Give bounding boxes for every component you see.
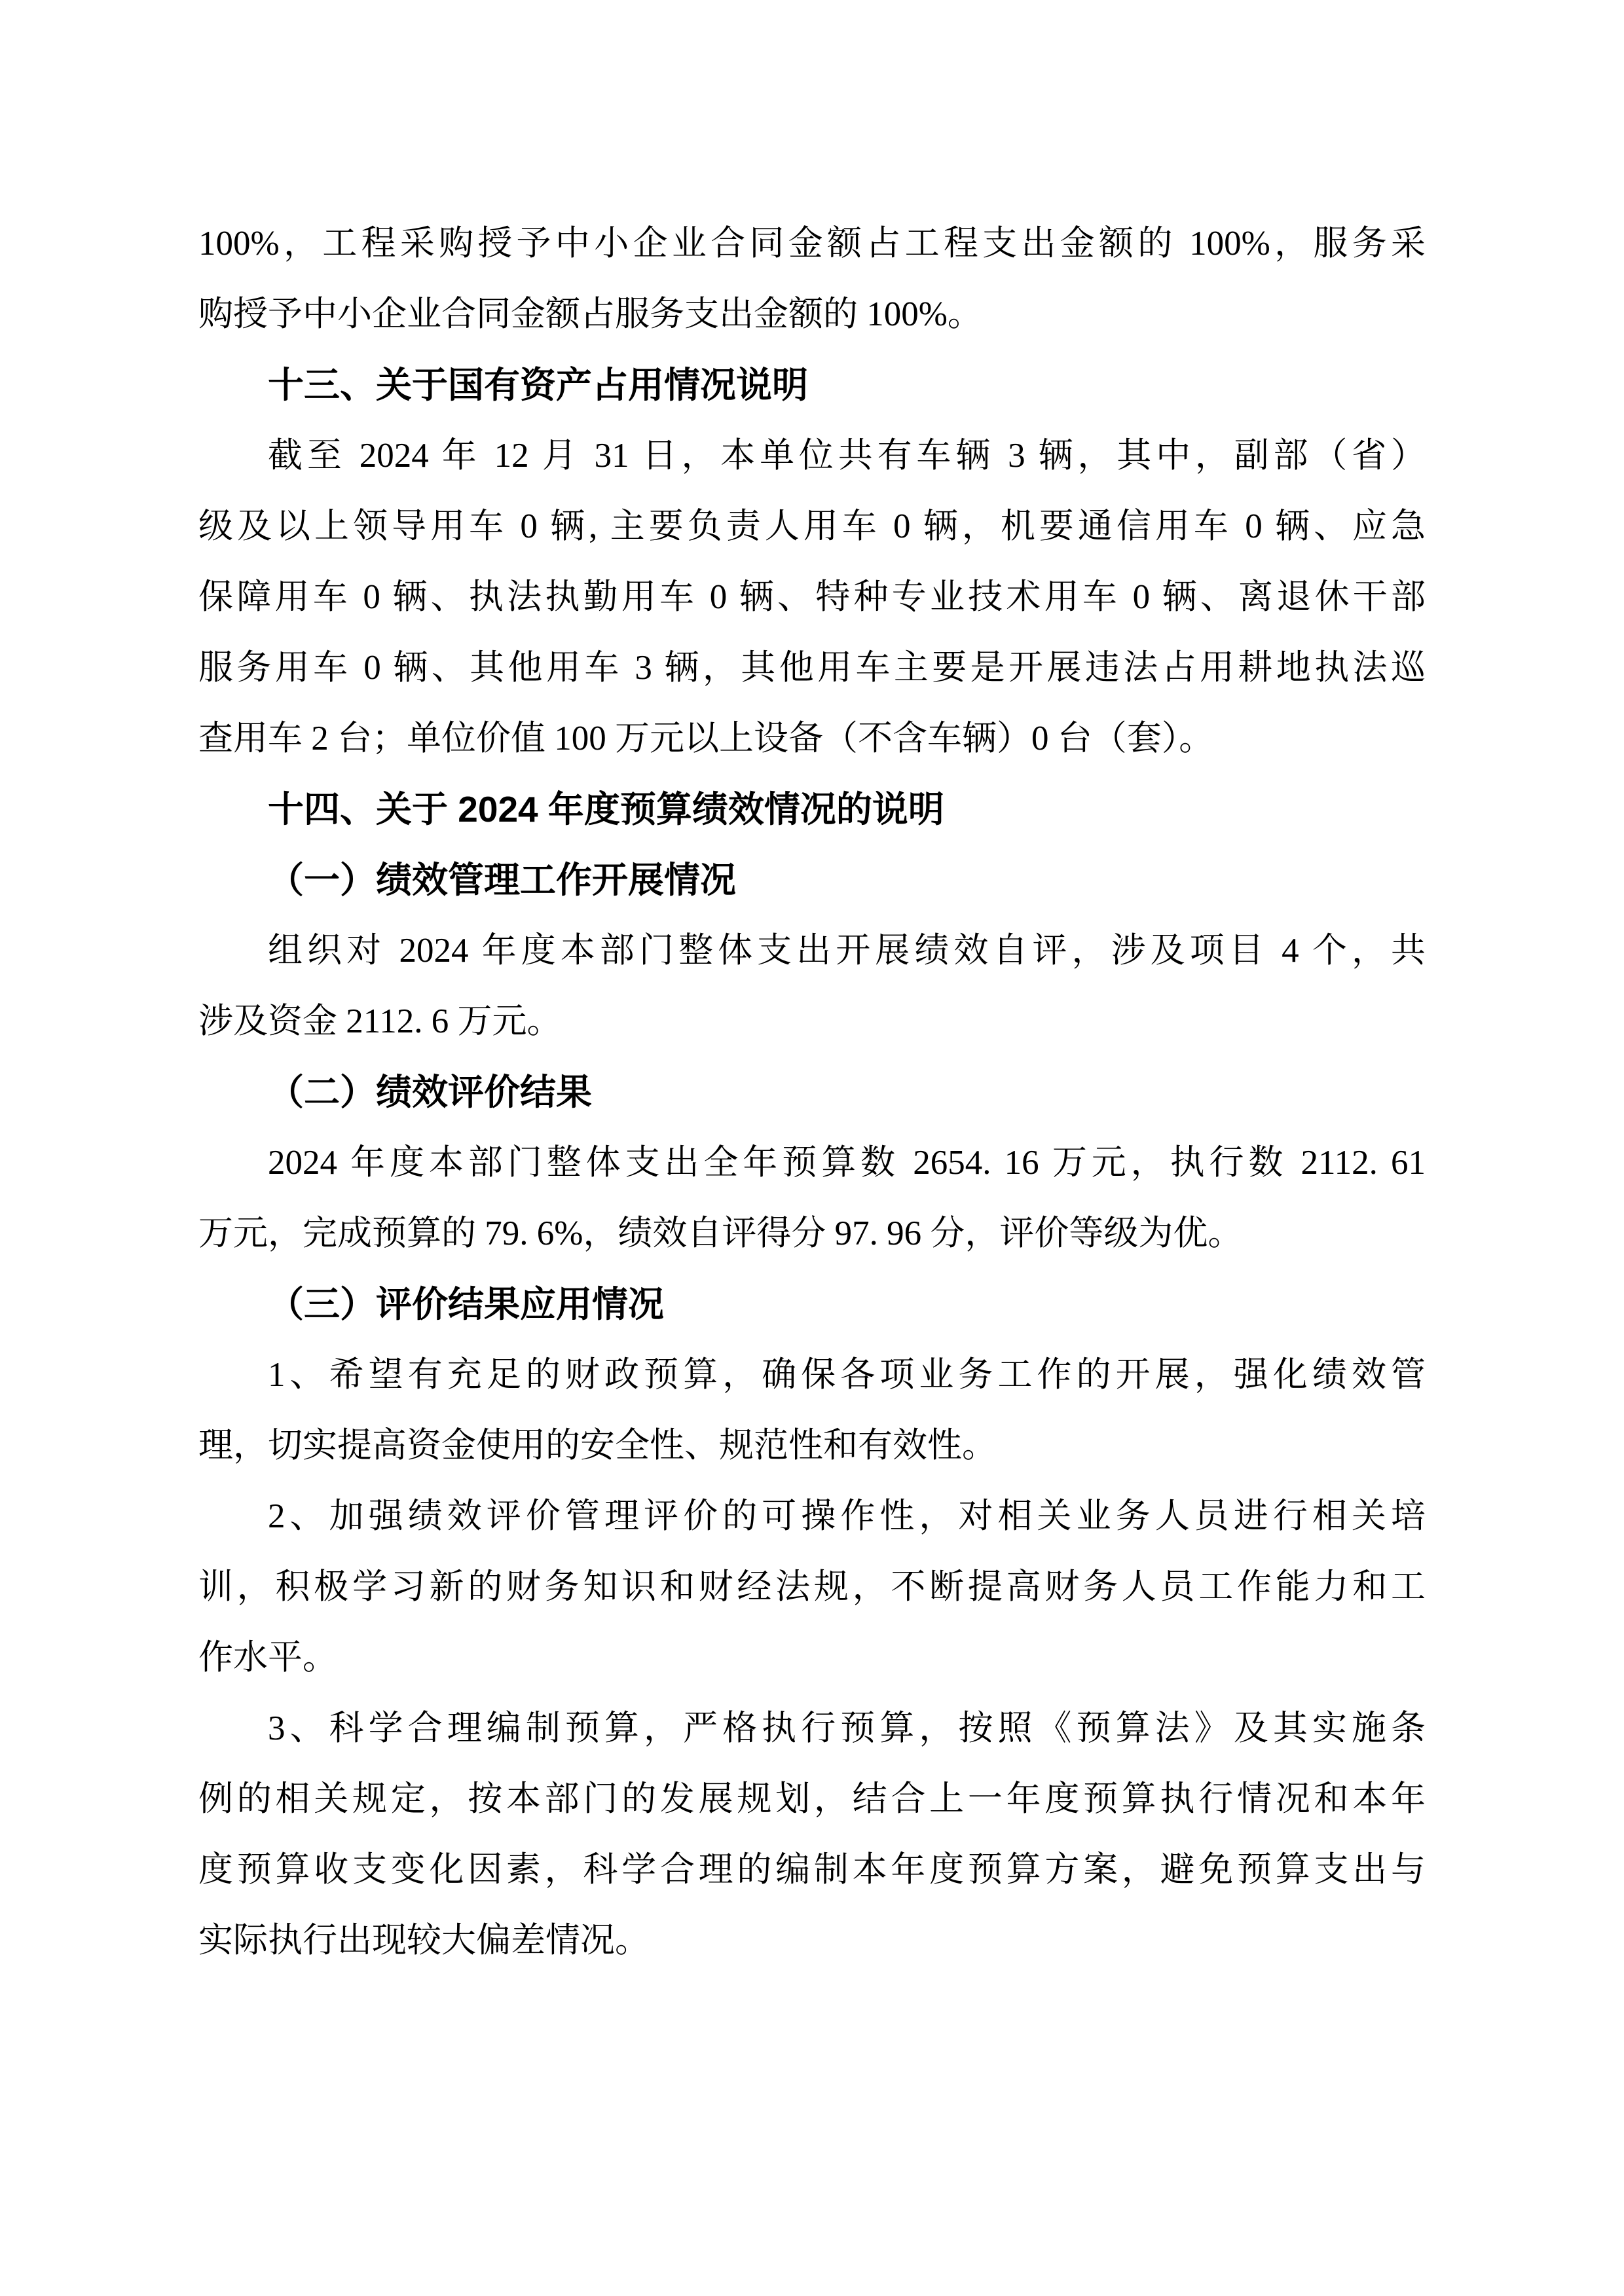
body-line: 3、科学合理编制预算，严格执行预算，按照《预算法》及其实施条 [198, 1693, 1426, 1764]
body-line: 万元，完成预算的 79. 6%，绩效自评得分 97. 96 分，评价等级为优。 [198, 1198, 1426, 1269]
body-line: 服务用车 0 辆、其他用车 3 辆，其他用车主要是开展违法占用耕地执法巡 [198, 632, 1426, 703]
body-line: 涉及资金 2112. 6 万元。 [198, 986, 1426, 1057]
body-line: 组织对 2024 年度本部门整体支出开展绩效自评，涉及项目 4 个，共 [198, 915, 1426, 986]
body-line: 度预算收支变化因素，科学合理的编制本年度预算方案，避免预算支出与 [198, 1834, 1426, 1905]
body-line: 2、加强绩效评价管理评价的可操作性，对相关业务人员进行相关培 [198, 1481, 1426, 1552]
body-line: 1、希望有充足的财政预算，确保各项业务工作的开展，强化绩效管 [198, 1339, 1426, 1410]
body-line: 查用车 2 台；单位价值 100 万元以上设备（不含车辆）0 台（套）。 [198, 703, 1426, 774]
body-line: 作水平。 [198, 1622, 1426, 1693]
body-line: 100%，工程采购授予中小企业合同金额占工程支出金额的 100%，服务采 [198, 208, 1426, 279]
subheading-1: （一）绩效管理工作开展情况 [198, 845, 1426, 915]
body-line: 保障用车 0 辆、执法执勤用车 0 辆、特种专业技术用车 0 辆、离退休干部 [198, 562, 1426, 632]
subheading-2: （二）绩效评价结果 [198, 1057, 1426, 1127]
body-line: 级及以上领导用车 0 辆, 主要负责人用车 0 辆，机要通信用车 0 辆、应急 [198, 491, 1426, 562]
body-line: 购授予中小企业合同金额占服务支出金额的 100%。 [198, 279, 1426, 350]
body-line: 2024 年度本部门整体支出全年预算数 2654. 16 万元，执行数 2112… [198, 1127, 1426, 1198]
document-body: 100%，工程采购授予中小企业合同金额占工程支出金额的 100%，服务采 购授予… [198, 208, 1426, 1976]
body-line: 实际执行出现较大偏差情况。 [198, 1905, 1426, 1976]
body-line: 理，切实提高资金使用的安全性、规范性和有效性。 [198, 1410, 1426, 1481]
body-line: 例的相关规定，按本部门的发展规划，结合上一年度预算执行情况和本年 [198, 1764, 1426, 1834]
heading-section-14: 十四、关于 2024 年度预算绩效情况的说明 [198, 774, 1426, 845]
body-line: 训，积极学习新的财务知识和财经法规，不断提高财务人员工作能力和工 [198, 1552, 1426, 1622]
subheading-3: （三）评价结果应用情况 [198, 1269, 1426, 1339]
document-page: 100%，工程采购授予中小企业合同金额占工程支出金额的 100%，服务采 购授予… [0, 0, 1624, 2296]
heading-section-13: 十三、关于国有资产占用情况说明 [198, 350, 1426, 420]
body-line: 截至 2024 年 12 月 31 日，本单位共有车辆 3 辆，其中，副部（省） [198, 420, 1426, 491]
